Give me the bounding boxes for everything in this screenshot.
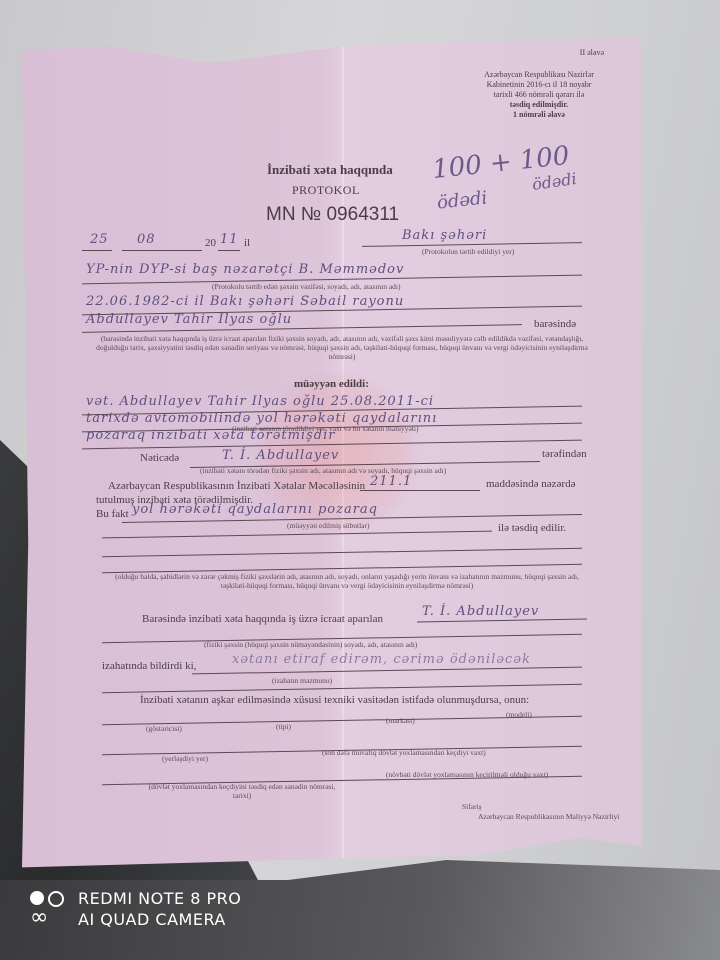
- appendix-number: II əlavə: [474, 48, 604, 58]
- footnote-mark: Sifariş: [462, 802, 482, 811]
- fact-label: (müəyyən edilmiş sübutlar): [287, 521, 369, 530]
- article-value: 211.1: [370, 474, 412, 489]
- watermark-model: REDMI NOTE 8 PRO: [78, 888, 241, 909]
- subject-value: T. İ. Abdullayev: [422, 604, 539, 619]
- fact-prefix: Bu fakt: [96, 508, 129, 520]
- witness-label: (olduğu halda, şahidlərin və zərər çəkmi…: [112, 572, 582, 590]
- verify-label-location: (yerləşdiyi yer): [162, 754, 208, 763]
- officer-label: (Protokolu tərtib edən şəxsin vəzifəsi, …: [212, 282, 401, 291]
- subject-text: Barəsində inzibati xəta haqqında iş üzrə…: [142, 613, 383, 625]
- watermark-camera: AI QUAD CAMERA: [78, 909, 241, 930]
- article-suffix: maddəsində nəzərdə: [486, 478, 575, 490]
- handwritten-paid-note: ödədi: [436, 187, 488, 213]
- verify-label-last-check: (son dəfə müvafiq dövlət yoxlamasından k…: [322, 748, 486, 757]
- approval-line: Azərbaycan Respublikası Nazirlər: [474, 70, 604, 80]
- result-value: T. İ. Abdullayev: [222, 448, 339, 463]
- person-line-2: Abdullayev Tahir Ilyas oğlu: [86, 312, 292, 327]
- year-unit: il: [244, 237, 250, 249]
- officer-value: YP-nin DYP-si baş nəzarətçi B. Məmmədov: [86, 262, 404, 277]
- fact-value: yol hərəkəti qaydalarını pozaraq: [132, 502, 378, 517]
- code-text: Azərbaycan Respublikasının İnzibati Xəta…: [108, 480, 365, 492]
- approval-line: təsdiq edilmişdir.: [474, 100, 604, 110]
- date-month: 08: [137, 232, 156, 247]
- tech-label-type: (tipi): [276, 722, 291, 731]
- year-prefix: 20: [205, 237, 216, 249]
- established-heading: müəyyən edildi:: [294, 378, 369, 390]
- statement-label: (izahatın məzmunu): [272, 676, 332, 685]
- person-suffix: barəsində: [534, 318, 576, 330]
- quad-camera-logo-icon: ∞: [30, 891, 66, 927]
- statement-value: xətanı etiraf edirəm, cərimə ödəniləcək: [232, 652, 531, 667]
- tech-label-indicator: (göstəricisi): [146, 724, 182, 733]
- protocol-document: II əlavə Azərbaycan Respublikası Nazirlə…: [22, 38, 642, 880]
- document-title: İnzibati xəta haqqında: [267, 162, 393, 178]
- established-line-1: vət. Abdullayev Tahir Ilyas oğlu 25.08.2…: [86, 394, 434, 409]
- place-label: (Protokolun tərtib edildiyi yer): [422, 247, 514, 256]
- approval-block: II əlavə Azərbaycan Respublikası Nazirlə…: [474, 48, 604, 120]
- approval-line: 1 nömrəli əlavə: [474, 110, 604, 120]
- cert-label-document: (dövlət yoxlamasından keçdiyini təsdiq e…: [142, 782, 342, 800]
- statement-prefix: izahatında bildirdi ki,: [102, 660, 196, 672]
- person-line-1: 22.06.1982-ci il Bakı şəhəri Səbail rayo…: [86, 294, 404, 309]
- technical-text: İnzibati xətanın aşkar edilməsində xüsus…: [140, 694, 529, 706]
- result-prefix: Nəticədə: [140, 452, 179, 464]
- camera-watermark: ∞ REDMI NOTE 8 PRO AI QUAD CAMERA: [30, 888, 241, 930]
- established-label: (inzibati xətanın törədildiyi yer, vaxt …: [232, 424, 419, 433]
- footnote-text: Azərbaycan Respublikasının Maliyyə Nazir…: [478, 812, 619, 821]
- confirmed-suffix: ilə təsdiq edilir.: [498, 522, 566, 534]
- date-day: 25: [90, 232, 109, 247]
- tech-label-brand: (markası): [386, 716, 415, 725]
- tech-label-model: (modeli): [506, 710, 532, 719]
- document-type: PROTOKOL: [292, 183, 360, 198]
- cert-label-next-check: (növbəti dövlət yoxlamasının keçirilməli…: [382, 770, 552, 779]
- subject-label: (fiziki şəxsin (hüquqi şəxsin nümayəndəs…: [204, 640, 417, 649]
- date-year: 11: [220, 232, 239, 247]
- result-suffix: tərəfindən: [542, 448, 587, 460]
- approval-line: tarixli 466 nömrəli qərarı ilə: [474, 90, 604, 100]
- approval-line: Kabinetinin 2016-cı il 18 noyabr: [474, 80, 604, 90]
- place-value: Bakı şəhəri: [402, 228, 487, 243]
- protocol-number: MN № 0964311: [266, 204, 399, 226]
- person-label: (barəsində inzibati xəta haqqında iş üzr…: [92, 334, 592, 361]
